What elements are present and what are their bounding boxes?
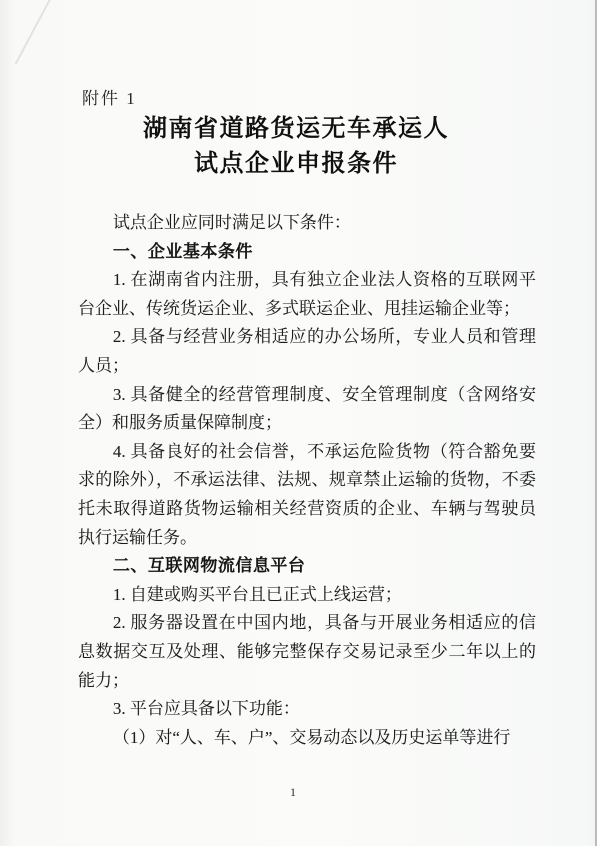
document-title: 湖南省道路货运无车承运人 试点企业申报条件 (0, 112, 592, 182)
heading-section-1-enterprise-basic-conditions: 一、企业基本条件 (78, 238, 536, 267)
paragraph-item-2-2: 2. 服务器设置在中国内地，具备与开展业务相适应的信息数据交互及处理、能够完整保… (78, 609, 536, 695)
paragraph-item-2-1: 1. 自建或购买平台且已正式上线运营； (78, 581, 536, 610)
paragraph-item-1-1: 1. 在湖南省内注册，具有独立企业法人资格的互联网平台企业、传统货运企业、多式联… (78, 266, 536, 323)
page-number: 1 (0, 785, 586, 800)
paragraph-item-1-2: 2. 具备与经营业务相适应的办公场所，专业人员和管理人员； (78, 323, 536, 380)
heading-section-2-internet-logistics-platform: 二、互联网物流信息平台 (78, 552, 536, 581)
document-title-line1: 湖南省道路货运无车承运人 (0, 112, 592, 147)
paragraph-item-2-3: 3. 平台应具备以下功能： (78, 695, 536, 724)
paragraph-item-1-3: 3. 具备健全的经营管理制度、安全管理制度（含网络安全）和服务质量保障制度； (78, 381, 536, 438)
scan-corner-artifact (0, 0, 54, 65)
document-body: 试点企业应同时满足以下条件： 一、企业基本条件 1. 在湖南省内注册，具有独立企… (78, 209, 536, 752)
attachment-label: 附件 1 (82, 84, 137, 109)
paragraph-intro: 试点企业应同时满足以下条件： (78, 209, 536, 238)
scanned-document-page: 附件 1 湖南省道路货运无车承运人 试点企业申报条件 试点企业应同时满足以下条件… (0, 0, 600, 846)
paragraph-item-1-4: 4. 具备良好的社会信誉，不承运危险货物（符合豁免要求的除外），不承运法律、法规… (78, 438, 536, 552)
paragraph-item-2-3-sub-1: （1）对“人、车、户”、交易动态以及历史运单等进行 (78, 724, 536, 753)
document-title-line2: 试点企业申报条件 (0, 147, 592, 182)
